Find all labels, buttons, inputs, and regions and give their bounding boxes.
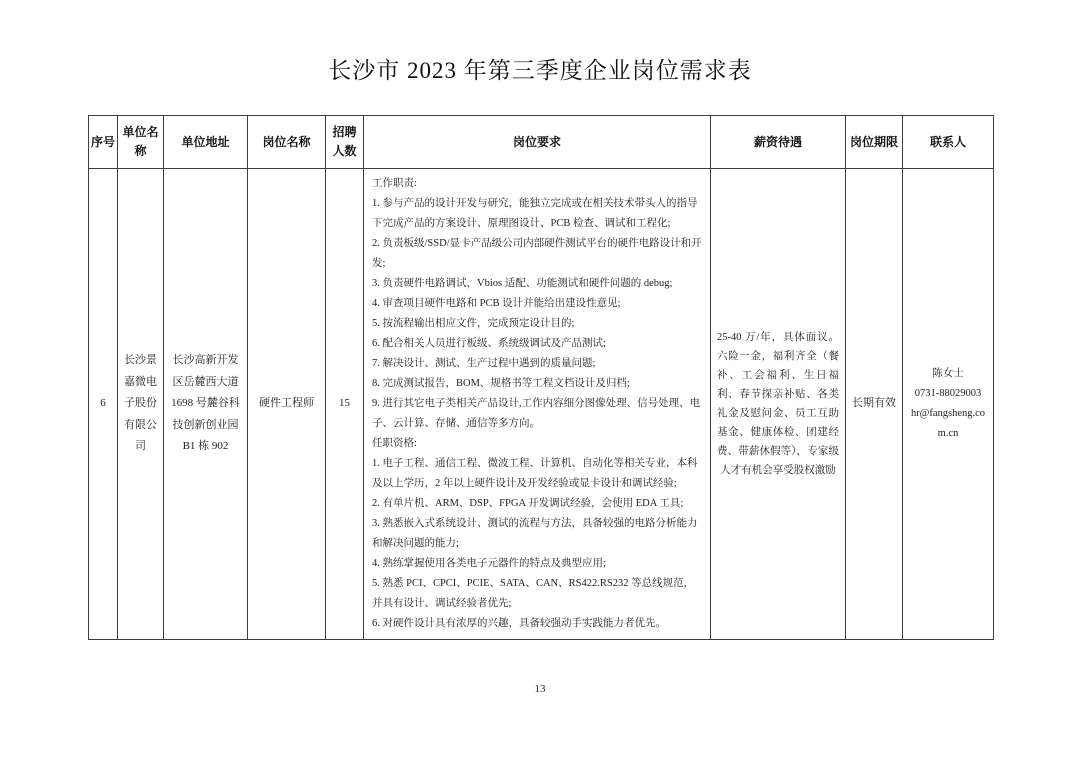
page-title: 长沙市 2023 年第三季度企业岗位需求表 [0,52,1080,85]
col-header-duration: 岗位期限 [846,116,903,169]
col-header-salary: 薪资待遇 [711,116,846,169]
contact-phone: 0731-88029003 [906,384,990,404]
table-header-row: 序号 单位名称 单位地址 岗位名称 招聘人数 岗位要求 薪资待遇 岗位期限 联系… [89,116,994,169]
col-header-requirements: 岗位要求 [364,116,711,169]
contact-email: hr@fangsheng.com.cn [906,404,990,444]
col-header-address: 单位地址 [164,116,248,169]
cell-contact: 陈女士 0731-88029003 hr@fangsheng.com.cn [903,169,994,640]
col-header-company: 单位名称 [118,116,164,169]
cell-seq: 6 [89,169,118,640]
col-header-contact: 联系人 [903,116,994,169]
page-number: 13 [0,683,1080,695]
document-page: 长沙市 2023 年第三季度企业岗位需求表 序号 单位名称 单位地址 岗位名称 … [0,0,1080,763]
job-demand-table: 序号 单位名称 单位地址 岗位名称 招聘人数 岗位要求 薪资待遇 岗位期限 联系… [88,115,994,640]
cell-salary: 25-40 万/年，具体面议。六险一金，福利齐全（餐补、工会福利、生日福利、春节… [711,169,846,640]
cell-duration: 长期有效 [846,169,903,640]
col-header-seq: 序号 [89,116,118,169]
contact-name: 陈女士 [906,364,990,384]
cell-company: 长沙景嘉微电子股份有限公司 [118,169,164,640]
table-row: 6 长沙景嘉微电子股份有限公司 长沙高新开发区岳麓西大道 1698 号麓谷科技创… [89,169,994,640]
cell-headcount: 15 [326,169,364,640]
cell-position: 硬件工程师 [248,169,326,640]
col-header-headcount: 招聘人数 [326,116,364,169]
cell-requirements: 工作职责:1. 参与产品的设计开发与研究，能独立完成或在相关技术带头人的指导下完… [364,169,711,640]
requirements-text: 工作职责:1. 参与产品的设计开发与研究，能独立完成或在相关技术带头人的指导下完… [372,174,702,634]
cell-address: 长沙高新开发区岳麓西大道 1698 号麓谷科技创新创业园 B1 栋 902 [164,169,248,640]
col-header-position: 岗位名称 [248,116,326,169]
